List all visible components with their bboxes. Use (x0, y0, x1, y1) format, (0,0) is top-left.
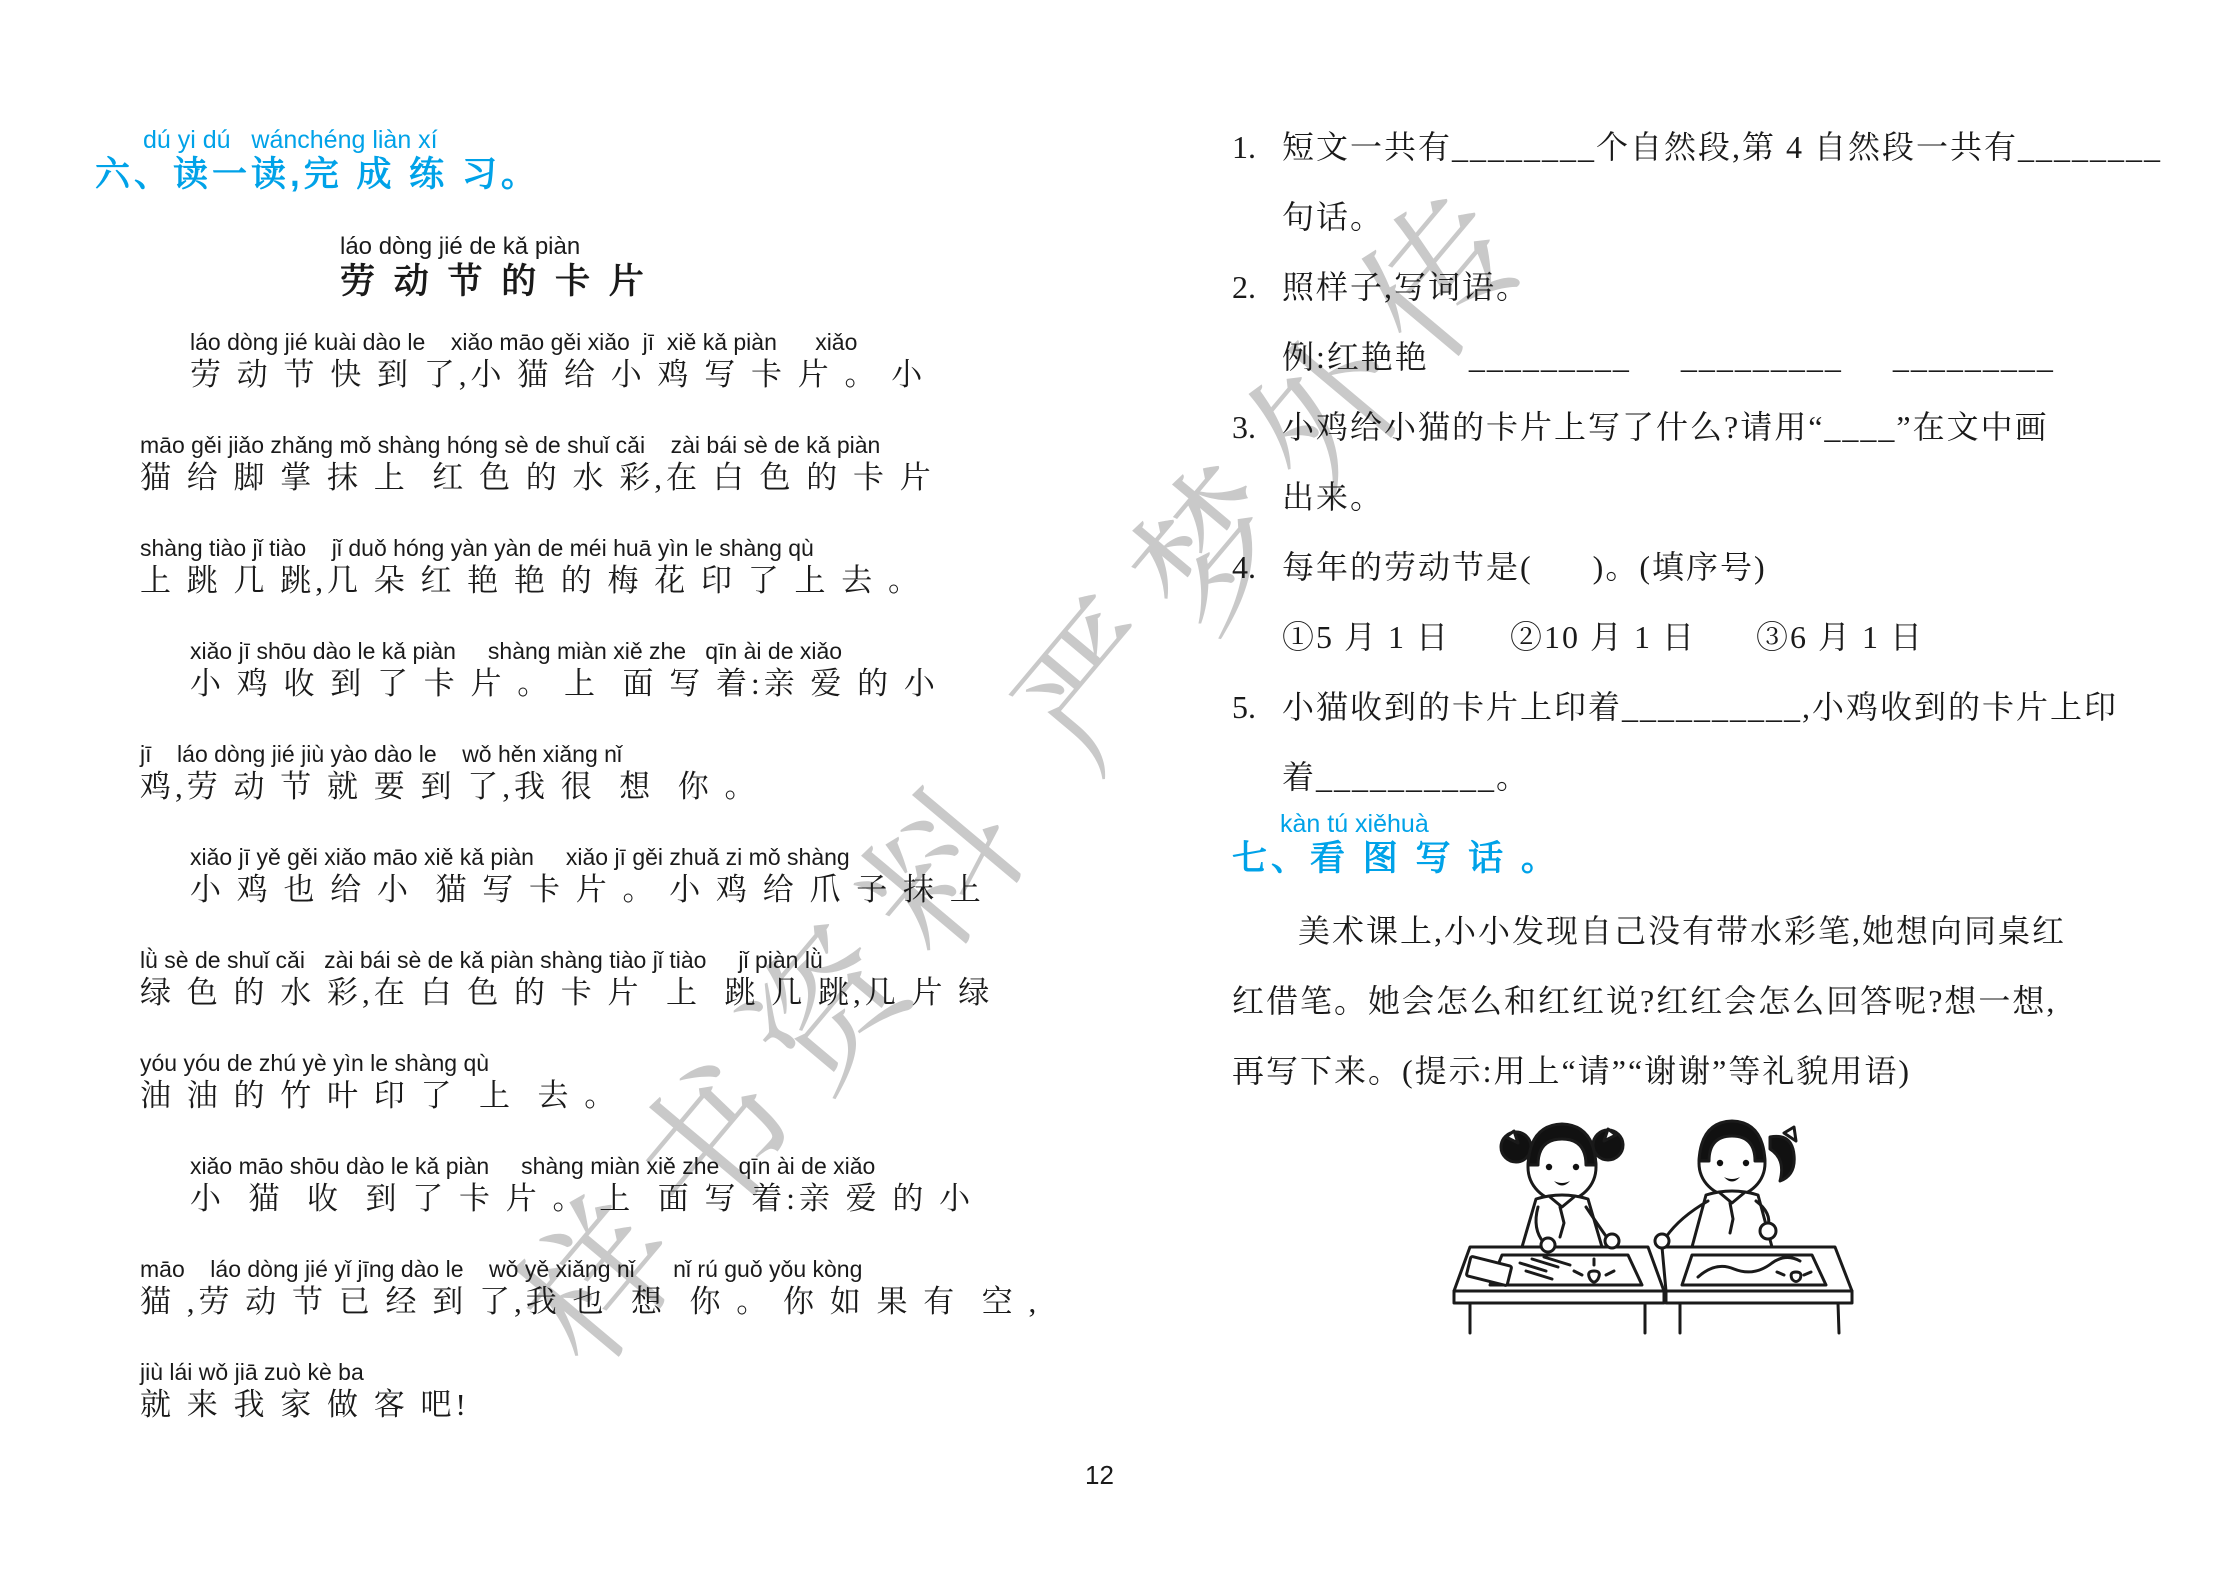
hanzi-line: 上 跳 几 跳,几 朵 红 艳 艳 的 梅 花 印 了 上 去 。 (140, 563, 1060, 599)
illustration-two-girls-drawing (1440, 1095, 1880, 1335)
question-options: ①5 月 1 日 ②10 月 1 日 ③6 月 1 日 (1282, 602, 2172, 672)
question-text: 小猫收到的卡片上印着__________,小鸡收到的卡片上印 (1282, 672, 2172, 742)
hanzi-line: 油 油 的 竹 叶 印 了 上 去 。 (140, 1078, 1060, 1114)
question-text: 例:红艳艳 _________ _________ _________ (1282, 322, 2172, 392)
section-6-pinyin: dú yi dú wánchéng liàn xí (143, 126, 540, 154)
question-number: 5. (1232, 672, 1282, 812)
hanzi-line: 猫 给 脚 掌 抹 上 红 色 的 水 彩,在 白 色 的 卡 片 (140, 460, 1060, 496)
hanzi-line: 小 鸡 也 给 小 猫 写 卡 片 。 小 鸡 给 爪 子 抹 上 (190, 872, 1060, 908)
hanzi-line: 绿 色 的 水 彩,在 白 色 的 卡 片 上 跳 几 跳,几 片 绿 (140, 975, 1060, 1011)
passage-line: māo gěi jiǎo zhǎng mǒ shàng hóng sè de s… (140, 432, 1060, 496)
question-text: 照样子,写词语。 (1282, 252, 2172, 322)
pinyin-line: yóu yóu de zhú yè yìn le shàng qù (140, 1050, 1060, 1076)
passage-line: jiù lái wǒ jiā zuò kè ba 就 来 我 家 做 客 吧! (140, 1359, 1060, 1423)
question-number: 2. (1232, 252, 1282, 392)
hanzi-line: 劳 动 节 快 到 了,小 猫 给 小 鸡 写 卡 片 。 小 (190, 357, 1060, 393)
reading-passage: láo dòng jié de kǎ piàn 劳 动 节 的 卡 片 láo … (140, 225, 1060, 1462)
question-3: 3. 小鸡给小猫的卡片上写了什么?请用“____”在文中画 出来。 (1232, 392, 2172, 532)
passage-line: lǜ sè de shuǐ cǎi zài bái sè de kǎ piàn … (140, 947, 1060, 1011)
question-text: 着__________。 (1282, 742, 2172, 812)
passage-line: jī láo dòng jié jiù yào dào le wǒ hěn xi… (140, 741, 1060, 805)
passage-line: láo dòng jié kuài dào le xiǎo māo gěi xi… (140, 329, 1060, 393)
question-1: 1. 短文一共有________个自然段,第 4 自然段一共有________ … (1232, 112, 2172, 252)
pinyin-line: māo gěi jiǎo zhǎng mǒ shàng hóng sè de s… (140, 432, 1060, 458)
hanzi-line: 小 鸡 收 到 了 卡 片 。 上 面 写 着:亲 爱 的 小 (190, 666, 1060, 702)
hanzi-line: 猫 ,劳 动 节 已 经 到 了,我 也 想 你 。 你 如 果 有 空 , (140, 1284, 1060, 1320)
passage-line: xiǎo jī shōu dào le kǎ piàn shàng miàn x… (140, 638, 1060, 702)
question-number: 4. (1232, 532, 1282, 672)
section-7: kàn tú xiěhuà 七、看 图 写 话 。 美术课上,小小发现自己没有带… (1232, 810, 2182, 1106)
paragraph-line: 美术课上,小小发现自己没有带水彩笔,她想向同桌红 (1232, 896, 2182, 966)
hanzi-line: 小 猫 收 到 了 卡 片 。 上 面 写 着:亲 爱 的 小 (190, 1181, 1060, 1217)
passage-title: 劳 动 节 的 卡 片 (340, 261, 1060, 303)
question-text: 出来。 (1282, 462, 2172, 532)
hanzi-line: 就 来 我 家 做 客 吧! (140, 1387, 1060, 1423)
section-6-header: dú yi dú wánchéng liàn xí 六、读一读,完 成 练 习。 (95, 126, 540, 196)
pinyin-line: jiù lái wǒ jiā zuò kè ba (140, 1359, 1060, 1385)
question-2: 2. 照样子,写词语。 例:红艳艳 _________ _________ __… (1232, 252, 2172, 392)
passage-line: xiǎo māo shōu dào le kǎ piàn shàng miàn … (140, 1153, 1060, 1217)
question-text: 短文一共有________个自然段,第 4 自然段一共有________ (1282, 112, 2172, 182)
pinyin-line: lǜ sè de shuǐ cǎi zài bái sè de kǎ piàn … (140, 947, 1060, 973)
passage-line: shàng tiào jǐ tiào jǐ duǒ hóng yàn yàn d… (140, 535, 1060, 599)
hanzi-line: 鸡,劳 动 节 就 要 到 了,我 很 想 你 。 (140, 769, 1060, 805)
section-7-title: 七、看 图 写 话 。 (1232, 838, 2182, 880)
question-text: 小鸡给小猫的卡片上写了什么?请用“____”在文中画 (1282, 392, 2172, 462)
passage-line: xiǎo jī yě gěi xiǎo māo xiě kǎ piàn xiǎo… (140, 844, 1060, 908)
section-7-pinyin: kàn tú xiěhuà (1280, 810, 2182, 838)
pinyin-line: xiǎo māo shōu dào le kǎ piàn shàng miàn … (190, 1153, 1060, 1179)
pinyin-line: láo dòng jié kuài dào le xiǎo māo gěi xi… (190, 329, 1060, 355)
pinyin-line: māo láo dòng jié yǐ jīng dào le wǒ yě xi… (140, 1256, 1060, 1282)
pinyin-line: jī láo dòng jié jiù yào dào le wǒ hěn xi… (140, 741, 1060, 767)
pinyin-line: shàng tiào jǐ tiào jǐ duǒ hóng yàn yàn d… (140, 535, 1060, 561)
question-text: 句话。 (1282, 182, 2172, 252)
passage-line: māo láo dòng jié yǐ jīng dào le wǒ yě xi… (140, 1256, 1060, 1320)
question-list: 1. 短文一共有________个自然段,第 4 自然段一共有________ … (1232, 112, 2172, 812)
question-text: 每年的劳动节是( )。(填序号) (1282, 532, 2172, 602)
pinyin-line: xiǎo jī shōu dào le kǎ piàn shàng miàn x… (190, 638, 1060, 664)
question-5: 5. 小猫收到的卡片上印着__________,小鸡收到的卡片上印 着_____… (1232, 672, 2172, 812)
section-6-title: 六、读一读,完 成 练 习。 (95, 154, 540, 196)
passage-title-block: láo dòng jié de kǎ piàn 劳 动 节 的 卡 片 (340, 233, 1060, 303)
question-4: 4. 每年的劳动节是( )。(填序号) ①5 月 1 日 ②10 月 1 日 ③… (1232, 532, 2172, 672)
question-number: 1. (1232, 112, 1282, 252)
passage-line: yóu yóu de zhú yè yìn le shàng qù 油 油 的 … (140, 1050, 1060, 1114)
page-number: 12 (1085, 1460, 1114, 1491)
section-7-paragraph: 美术课上,小小发现自己没有带水彩笔,她想向同桌红 红借笔。她会怎么和红红说?红红… (1232, 896, 2182, 1106)
paragraph-line: 红借笔。她会怎么和红红说?红红会怎么回答呢?想一想, (1232, 966, 2182, 1036)
question-number: 3. (1232, 392, 1282, 532)
passage-title-pinyin: láo dòng jié de kǎ piàn (340, 233, 1060, 261)
pinyin-line: xiǎo jī yě gěi xiǎo māo xiě kǎ piàn xiǎo… (190, 844, 1060, 870)
